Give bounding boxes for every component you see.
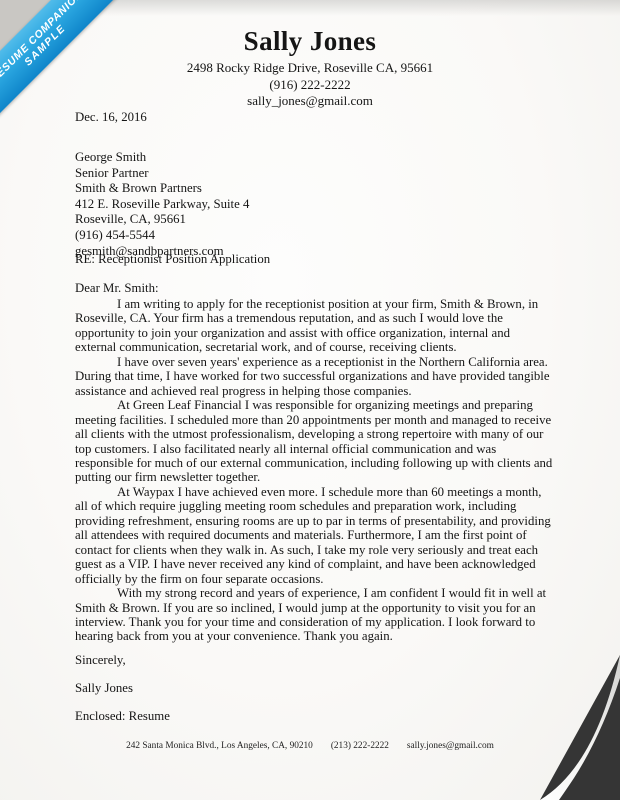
footer-phone: (213) 222-2222 [331, 741, 389, 751]
letter-body: I am writing to apply for the receptioni… [75, 297, 553, 644]
letter-date: Dec. 16, 2016 [75, 110, 147, 125]
body-paragraph: I am writing to apply for the receptioni… [75, 297, 553, 355]
dark-corner-triangle [540, 655, 620, 800]
body-paragraph: At Waypax I have achieved even more. I s… [75, 485, 553, 586]
recipient-block: George Smith Senior Partner Smith & Brow… [75, 150, 249, 259]
letter-header: Sally Jones 2498 Rocky Ridge Drive, Rose… [75, 26, 545, 110]
footer-address: 242 Santa Monica Blvd., Los Angeles, CA,… [126, 741, 313, 751]
sender-name: Sally Jones [75, 26, 545, 57]
body-paragraph: At Green Leaf Financial I was responsibl… [75, 398, 553, 485]
subject-line: RE: Receptionist Position Application [75, 252, 270, 267]
recipient-name: George Smith [75, 150, 249, 166]
enclosure-note: Enclosed: Resume [75, 709, 170, 724]
signature-name: Sally Jones [75, 681, 133, 696]
salutation: Dear Mr. Smith: [75, 281, 159, 296]
recipient-title: Senior Partner [75, 166, 249, 182]
recipient-company: Smith & Brown Partners [75, 181, 249, 197]
closing: Sincerely, [75, 653, 126, 668]
sender-address: 2498 Rocky Ridge Drive, Roseville CA, 95… [75, 60, 545, 77]
sender-email: sally_jones@gmail.com [75, 93, 545, 110]
sender-phone: (916) 222-2222 [75, 77, 545, 94]
recipient-phone: (916) 454-5544 [75, 228, 249, 244]
body-paragraph: With my strong record and years of exper… [75, 586, 553, 644]
body-paragraph: I have over seven years' experience as a… [75, 355, 553, 398]
cover-letter-page: Sally Jones 2498 Rocky Ridge Drive, Rose… [0, 0, 620, 800]
recipient-city: Roseville, CA, 95661 [75, 212, 249, 228]
page-curl [470, 650, 620, 800]
recipient-street: 412 E. Roseville Parkway, Suite 4 [75, 197, 249, 213]
